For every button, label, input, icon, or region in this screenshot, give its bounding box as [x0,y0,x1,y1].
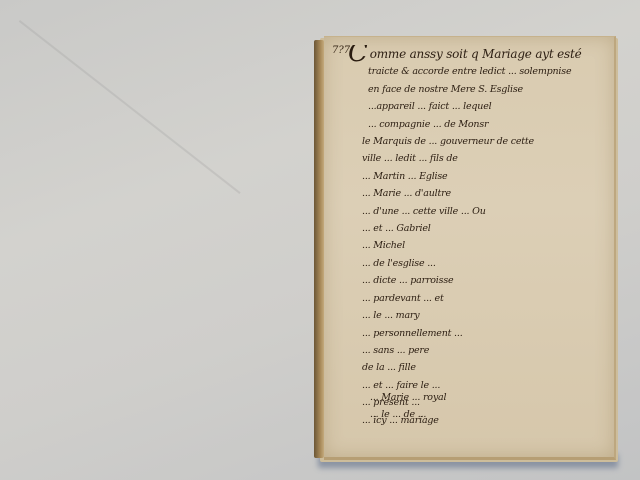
text-line: ... et ... Gabriel [348,220,618,237]
text-line: ... Michel [348,237,618,254]
text-line: en face de nostre Mere S. Esglise [348,81,618,98]
book-spine [314,40,324,458]
text-line: ... le ... mary [348,307,618,324]
text-line: ... compagnie ... de Monsr [348,116,618,133]
drop-cap: C [348,45,368,63]
text-line: ... Marie ... d'aultre [348,185,618,202]
text-line: traicte & accorde entre ledict ... solem… [348,63,618,80]
handwritten-text: Comme anssy soit q Mariage ayt esté trai… [348,45,618,429]
text-line: ... de l'esglise ... [348,255,618,272]
text-line: ... personnellement ... [348,325,618,342]
signature-line: ... Marie ... royal [370,389,610,406]
text-line: ... Martin ... Eglise [348,168,618,185]
text-line: ... dicte ... parroisse [348,272,618,289]
text-line: ...appareil ... faict ... lequel [348,98,618,115]
text-line-1: Comme anssy soit q Mariage ayt esté [348,45,618,63]
signature-line: ... le ... de ... [370,406,610,423]
text-line: ... sans ... pere [348,342,618,359]
manuscript-book: 7?7 Comme anssy soit q Mariage ayt esté … [314,36,616,461]
text-line: de la ... fille [348,359,618,376]
text-line: ... d'une ... cette ville ... Ou [348,203,618,220]
manuscript-page: 7?7 Comme anssy soit q Mariage ayt esté … [324,36,616,460]
table-surface-crease [19,20,241,194]
signature-block: ... Marie ... royal ... le ... de ... [370,389,610,424]
text-line: le Marquis de ... gouverneur de cette [348,133,618,150]
text-line: ... pardevant ... et [348,290,618,307]
text-line: ville ... ledit ... fils de [348,150,618,167]
